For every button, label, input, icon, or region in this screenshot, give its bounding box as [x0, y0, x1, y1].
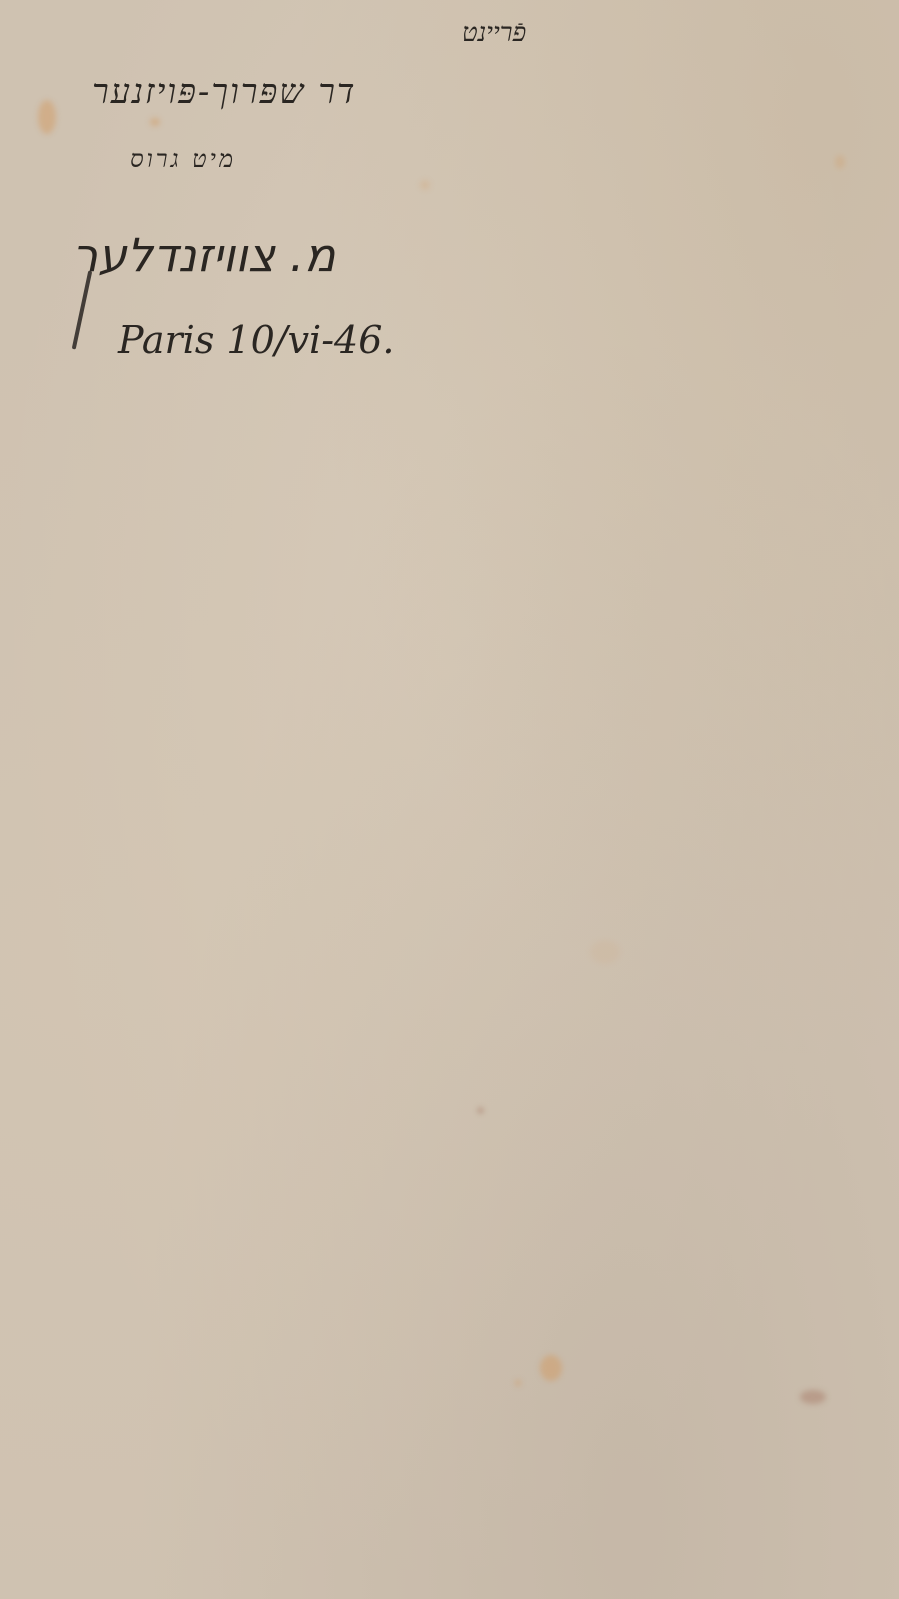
age-stain: [835, 155, 845, 169]
signature-flourish: [72, 270, 93, 349]
inscription-greeting: מיט גרוס: [130, 145, 236, 174]
age-stain: [540, 1355, 562, 1381]
age-stain: [420, 180, 430, 190]
age-stain: [478, 1108, 483, 1113]
age-stain: [38, 100, 56, 134]
inscription-recipient: דר שפּרוך-פּויזנער: [92, 72, 356, 112]
inscription-signature: מ. צוויזנדלער: [72, 228, 336, 282]
age-stain: [590, 940, 620, 964]
paper-page: פֿריינט דר שפּרוך-פּויזנער מיט גרוס מ. צ…: [0, 0, 899, 1599]
age-stain: [150, 118, 160, 126]
inscription-date: Paris 10/vi-46.: [118, 318, 394, 362]
age-stain: [515, 1380, 521, 1386]
inscription-salutation: פֿריינט: [462, 18, 526, 48]
age-stain: [800, 1390, 826, 1404]
